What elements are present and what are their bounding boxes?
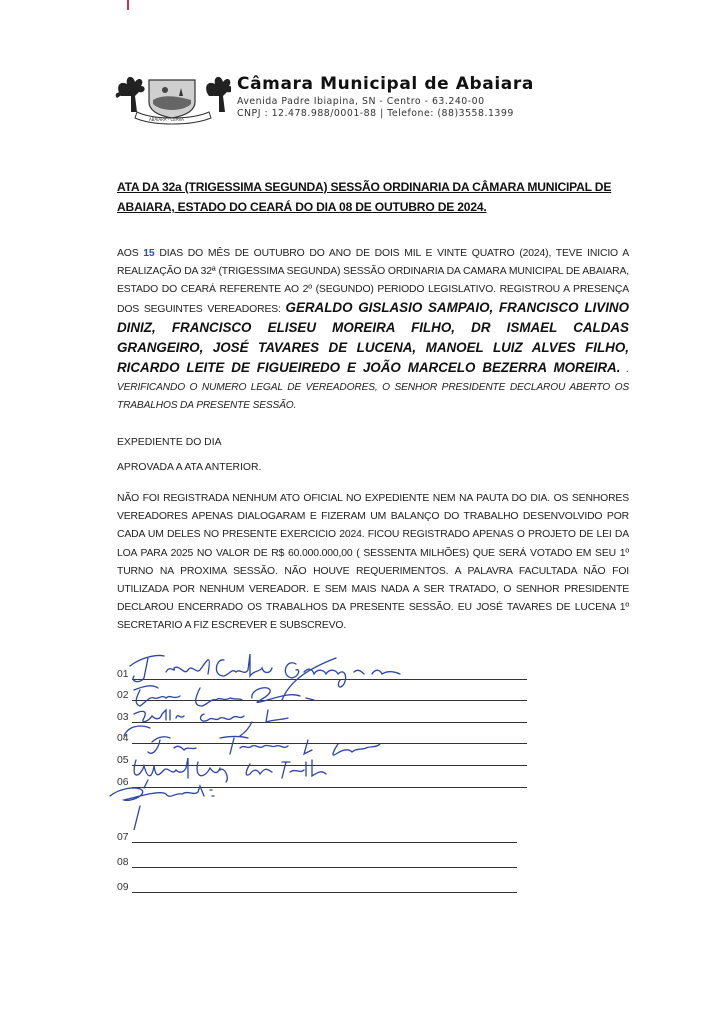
signature-rule xyxy=(132,787,527,788)
signature-number: 01 xyxy=(117,669,129,680)
signature-rule xyxy=(132,892,517,893)
org-address: Avenida Padre Ibiapina, SN - Centro - 63… xyxy=(237,96,485,107)
svg-text:ABAIARA - CEARÁ: ABAIARA - CEARÁ xyxy=(149,117,184,122)
p1-prefix: AOS xyxy=(117,248,143,259)
signature-line: 03 xyxy=(117,703,527,725)
day-number: 15 xyxy=(143,248,154,259)
signature-rule xyxy=(132,867,517,868)
approval-line: APROVADA A ATA ANTERIOR. xyxy=(117,462,261,473)
signature-rule xyxy=(132,842,517,843)
signature-line: 06 xyxy=(117,768,527,790)
signature-line: 07 xyxy=(117,820,517,845)
signature-number: 05 xyxy=(117,755,129,766)
signature-line: 04 xyxy=(117,725,527,747)
signature-line: 02 xyxy=(117,682,527,704)
signature-line: 05 xyxy=(117,746,527,768)
signature-line: 01 xyxy=(117,660,527,682)
signature-rule xyxy=(132,743,527,744)
section-heading-expediente: EXPEDIENTE DO DIA xyxy=(117,437,222,448)
signature-rule xyxy=(132,722,527,723)
session-paragraph: NÃO FOI REGISTRADA NENHUM ATO OFICIAL NO… xyxy=(117,490,629,636)
org-name: Câmara Municipal de Abaiara xyxy=(237,74,534,94)
signature-number: 02 xyxy=(117,690,129,701)
signature-number: 09 xyxy=(117,882,129,893)
letterhead: ABAIARA - CEARÁ Câmara Municipal de Abai… xyxy=(113,66,613,126)
signature-number: 08 xyxy=(117,857,129,868)
signature-number: 03 xyxy=(117,712,129,723)
signature-lines-lower: 07 08 09 xyxy=(117,820,517,895)
signature-number: 06 xyxy=(117,777,129,788)
document-title: ATA DA 32a (TRIGESSIMA SEGUNDA) SESSÃO O… xyxy=(117,177,632,217)
municipal-coat-of-arms-icon: ABAIARA - CEARÁ xyxy=(113,66,231,126)
opening-paragraph: AOS 15 DIAS DO MÊS DE OUTUBRO DO ANO DE … xyxy=(117,245,629,415)
signature-lines-upper: 01 02 03 04 05 06 xyxy=(117,660,527,790)
signature-line: 08 xyxy=(117,845,517,870)
signature-rule xyxy=(132,765,527,766)
red-margin-mark xyxy=(127,0,129,10)
signature-number: 07 xyxy=(117,832,129,843)
signature-line: 09 xyxy=(117,870,517,895)
org-cnpj-phone: CNPJ : 12.478.988/0001-88 | Telefone: (8… xyxy=(237,108,514,119)
signature-number: 04 xyxy=(117,733,129,744)
signature-rule xyxy=(132,679,527,680)
signature-rule xyxy=(132,700,527,701)
